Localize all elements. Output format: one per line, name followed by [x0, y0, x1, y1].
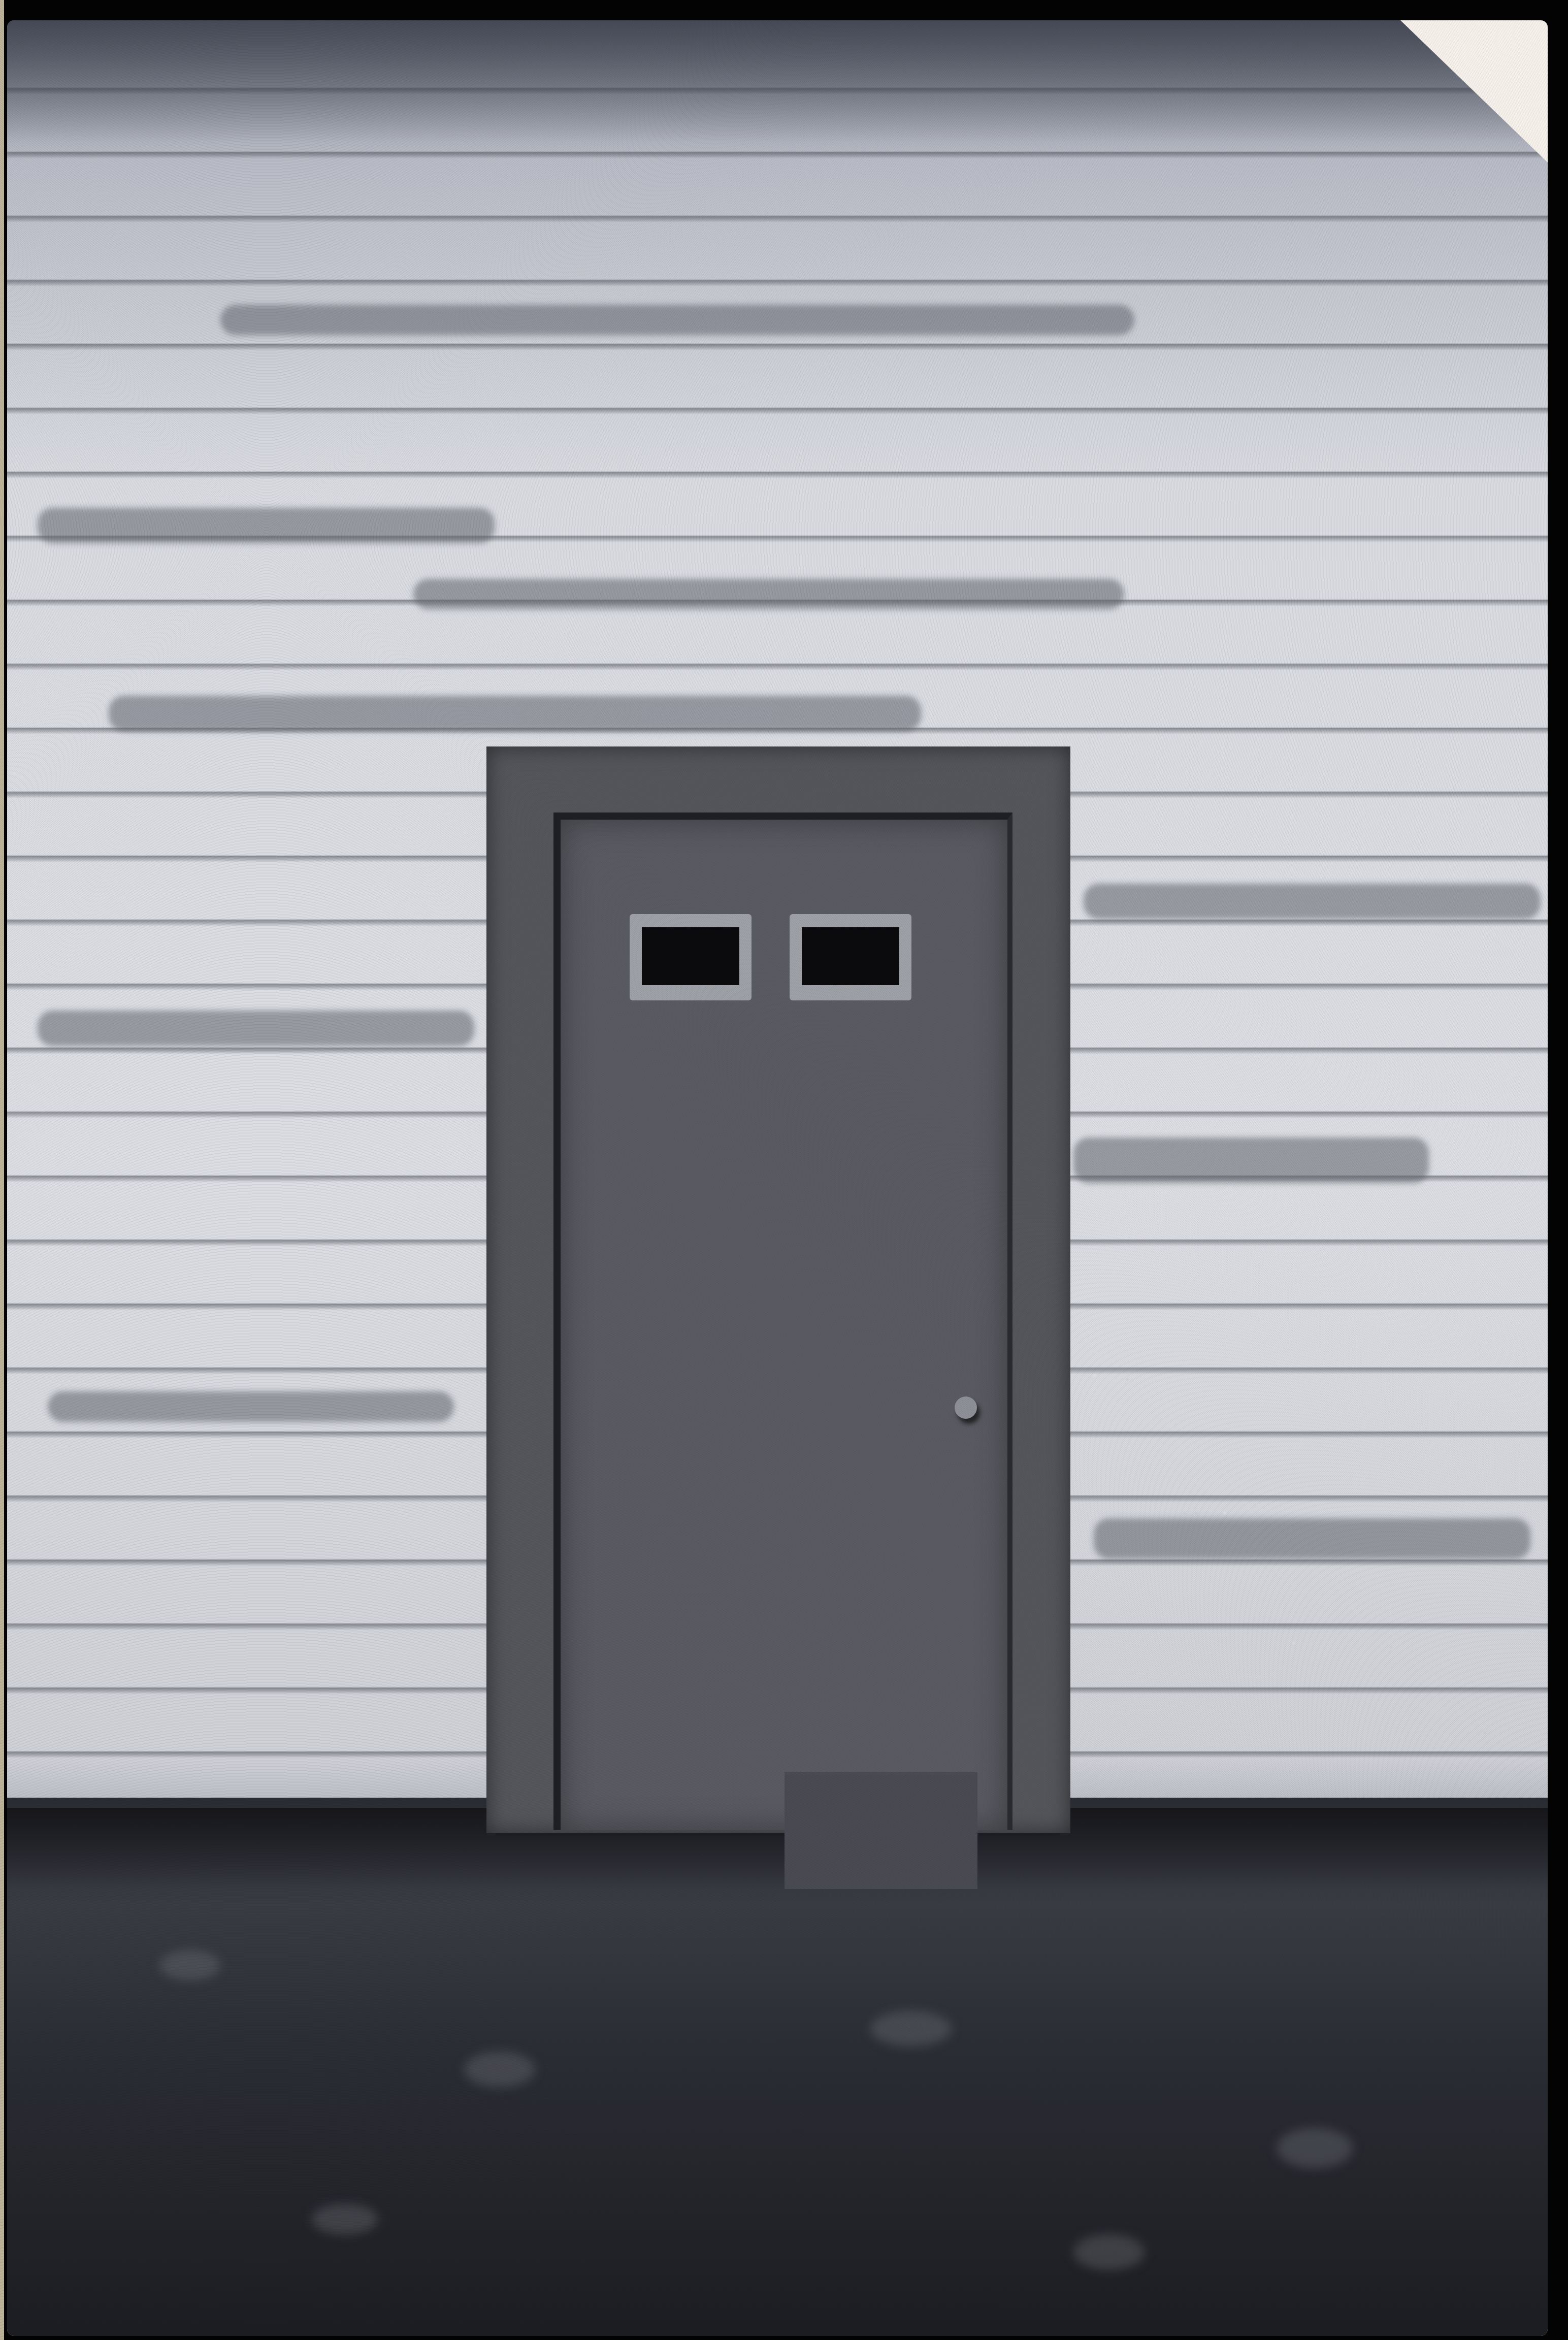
peeling-paint	[109, 696, 921, 731]
window-pane	[802, 927, 899, 985]
peeling-paint	[1084, 884, 1541, 919]
leaf	[464, 2052, 535, 2087]
peeling-paint	[38, 1011, 474, 1046]
wall-top-shadow	[7, 20, 1548, 142]
peeling-paint	[220, 305, 1134, 335]
peeling-paint	[48, 1391, 454, 1422]
peeling-paint	[38, 508, 495, 543]
door-knob	[955, 1396, 977, 1419]
peeling-paint	[413, 579, 1124, 609]
leaf	[1277, 2128, 1353, 2168]
door	[553, 812, 1012, 1830]
film-edge-strip	[0, 0, 4, 2340]
peeling-paint	[1094, 1518, 1530, 1559]
door-window-left	[630, 914, 752, 1000]
leaf	[1073, 2234, 1145, 2270]
window-pane	[642, 927, 739, 985]
step-block	[785, 1772, 977, 1889]
leaf	[312, 2204, 378, 2234]
leaf	[870, 2011, 952, 2046]
peeling-paint	[1073, 1137, 1429, 1183]
leaf	[159, 1950, 220, 1980]
photograph	[0, 0, 1568, 2340]
door-window-right	[790, 914, 911, 1000]
